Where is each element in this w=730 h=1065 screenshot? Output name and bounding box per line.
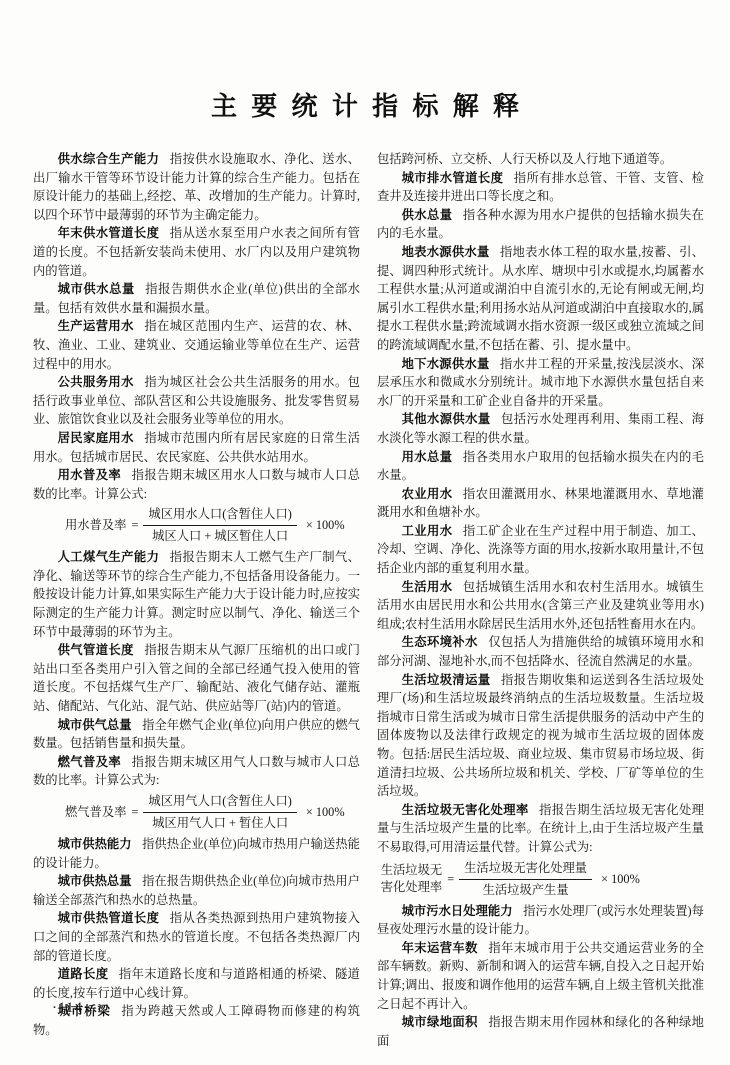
- definition-term: 城市污水日处理能力: [402, 904, 513, 918]
- definition-term: 人工煤气生产能力: [58, 550, 160, 564]
- definition-term: 工业用水: [402, 524, 453, 538]
- page-number: ·114·: [52, 1000, 89, 1017]
- garbage-treatment-formula: 生活垃圾无 害化处理率 = 生活垃圾无害化处理量 生活垃圾产生量 × 100%: [381, 860, 704, 899]
- definition-para: 生活垃圾清运量指报告期收集和运送到各生活垃圾处理厂(场)和生活垃圾最终消纳点的生…: [377, 671, 704, 801]
- definition-term: 城市供热能力: [58, 837, 132, 851]
- definition-para: 地表水源供水量指地表水体工程的取水量,按蓄、引、提、调四种形式统计。从水库、塘坝…: [377, 243, 704, 355]
- definition-text: 指报告期收集和运送到各生活垃圾处理厂(场)和生活垃圾最终消纳点的生活垃圾数量。生…: [377, 673, 704, 799]
- definition-para: 农业用水指农田灌溉用水、林果地灌溉用水、草地灌溉用水和鱼塘补水。: [377, 485, 704, 522]
- definition-term: 城市供热管道长度: [58, 911, 160, 925]
- formula-label-line2: 害化处理率: [381, 879, 443, 896]
- formula-multiplier: × 100%: [306, 517, 345, 534]
- formula-numerator: 生活垃圾无害化处理量: [459, 860, 592, 880]
- definition-para: 年末运营车数指年末城市用于公共交通运营业务的全部车辆数。新购、新制和调入的运营车…: [377, 939, 704, 1013]
- definition-term: 其他水源供水量: [402, 412, 491, 426]
- gas-coverage-formula: 燃气普及率 = 城区用气人口(含暂住人口) 城区用气人口 + 暂住人口 × 10…: [65, 793, 360, 832]
- formula-label-line1: 生活垃圾无: [381, 862, 443, 879]
- definition-para: 其他水源供水量包括污水处理再利用、集雨工程、海水淡化等水源工程的供水量。: [377, 410, 704, 447]
- definition-para: 城市绿地面积指报告期末用作园林和绿化的各种绿地面: [377, 1013, 704, 1050]
- formula-denominator: 城区人口 + 城区暂住人口: [143, 526, 296, 545]
- two-column-text: 供水综合生产能力指按供水设施取水、净化、送水、出厂输水干管等环节设计能力计算的综…: [33, 150, 705, 1050]
- formula-numerator: 城区用水人口(含暂住人口): [143, 506, 296, 526]
- definition-para: 公共服务用水指为城区社会公共生活服务的用水。包括行政事业单位、部队营区和公共设施…: [33, 373, 360, 429]
- fraction: 生活垃圾无害化处理量 生活垃圾产生量: [459, 860, 592, 899]
- definition-para: 城市排水管道长度指所有排水总管、干管、支管、检查井及连接井进出口等长度之和。: [377, 169, 704, 206]
- definition-term: 地表水源供水量: [402, 245, 490, 259]
- right-column: 包括跨河桥、立交桥、人行天桥以及人行地下通道等。 城市排水管道长度指所有排水总管…: [377, 150, 704, 1050]
- definition-term: 供水综合生产能力: [58, 152, 160, 166]
- definition-term: 生产运营用水: [58, 319, 134, 333]
- formula-multiplier: × 100%: [306, 804, 345, 821]
- definition-para: 供气管道长度指报告期末从气源厂压缩机的出口或门站出口至各类用户引入管之间的全部已…: [33, 641, 360, 715]
- definition-para: 城市供水总量指报告期供水企业(单位)供出的全部水量。包括有效供水量和漏损水量。: [33, 280, 360, 317]
- definition-text: 指地表水体工程的取水量,按蓄、引、提、调四种形式统计。从水库、塘坝中引水或提水,…: [377, 245, 704, 352]
- continuation-para: 包括跨河桥、立交桥、人行天桥以及人行地下通道等。: [377, 150, 704, 169]
- fraction: 城区用气人口(含暂住人口) 城区用气人口 + 暂住人口: [143, 793, 296, 832]
- definition-term: 农业用水: [402, 487, 453, 501]
- definition-term: 生活垃圾无害化处理率: [402, 803, 529, 817]
- equals-sign: =: [131, 517, 138, 534]
- definition-para: 用水普及率指报告期末城区用水人口数与城市人口总数的比率。计算公式:: [33, 466, 360, 503]
- left-column: 供水综合生产能力指按供水设施取水、净化、送水、出厂输水干管等环节设计能力计算的综…: [33, 150, 360, 1050]
- definition-para: 城市污水日处理能力指污水处理厂(或污水处理装置)每昼夜处理污水量的设计能力。: [377, 902, 704, 939]
- definition-term: 生态环境补水: [402, 635, 478, 649]
- formula-denominator: 城区用气人口 + 暂住人口: [143, 813, 296, 832]
- definition-term: 城市供水总量: [58, 282, 135, 296]
- definition-term: 供水总量: [402, 208, 453, 222]
- definition-term: 城市绿地面积: [402, 1015, 478, 1029]
- definition-term: 居民家庭用水: [58, 431, 134, 445]
- definition-para: 供水总量指各种水源为用水户提供的包括输水损失在内的毛水量。: [377, 206, 704, 243]
- definition-para: 道路长度指年末道路长度和与道路相通的桥梁、隧道的长度,按车行道中心线计算。: [33, 965, 360, 1002]
- formula-label: 生活垃圾无 害化处理率: [381, 862, 443, 896]
- definition-para: 地下水源供水量指水井工程的开采量,按浅层淡水、深层承压水和微咸水分别统计。城市地…: [377, 355, 704, 411]
- formula-denominator: 生活垃圾产生量: [459, 880, 592, 899]
- definition-para: 生活用水包括城镇生活用水和农村生活用水。城镇生活用水由居民用水和公共用水(含第三…: [377, 578, 704, 634]
- definition-term: 城市排水管道长度: [402, 171, 504, 185]
- fraction: 城区用水人口(含暂住人口) 城区人口 + 城区暂住人口: [143, 506, 296, 545]
- definition-para: 生活垃圾无害化处理率指报告期生活垃圾无害化处理量与生活垃圾产生量的比率。在统计上…: [377, 801, 704, 857]
- definition-term: 生活用水: [402, 580, 453, 594]
- definition-term: 供气管道长度: [58, 643, 134, 657]
- definition-term: 燃气普及率: [58, 755, 122, 769]
- definition-term: 年末供水管道长度: [58, 226, 160, 240]
- formula-multiplier: × 100%: [601, 871, 640, 888]
- definition-para: 供水综合生产能力指按供水设施取水、净化、送水、出厂输水干管等环节设计能力计算的综…: [33, 150, 360, 224]
- definition-term: 生活垃圾清运量: [402, 673, 491, 687]
- equals-sign: =: [447, 871, 454, 888]
- definition-para: 城市供热总量指在报告期供热企业(单位)向城市热用户输送全部蒸汽和热水的总热量。: [33, 872, 360, 909]
- definition-text: 包括跨河桥、立交桥、人行天桥以及人行地下通道等。: [377, 152, 672, 166]
- definition-term: 地下水源供水量: [402, 357, 490, 371]
- formula-numerator: 城区用气人口(含暂住人口): [143, 793, 296, 813]
- formula-label: 用水普及率: [65, 517, 127, 534]
- definition-para: 城市供气总量指全年燃气企业(单位)向用户供应的燃气数量。包括销售量和损失量。: [33, 716, 360, 753]
- definition-term: 城市供热总量: [58, 874, 132, 888]
- water-coverage-formula: 用水普及率 = 城区用水人口(含暂住人口) 城区人口 + 城区暂住人口 × 10…: [65, 506, 360, 545]
- equals-sign: =: [131, 804, 138, 821]
- definition-term: 道路长度: [58, 967, 109, 981]
- document-page: 主要统计指标解释 供水综合生产能力指按供水设施取水、净化、送水、出厂输水干管等环…: [0, 0, 730, 1065]
- definition-para: 年末供水管道长度指从送水泵至用户水表之间所有管道的长度。不包括新安装尚未使用、水…: [33, 224, 360, 280]
- definition-term: 公共服务用水: [58, 375, 134, 389]
- page-title: 主要统计指标解释: [0, 86, 730, 123]
- definition-para: 城市供热管道长度指从各类热源到热用户建筑物接入口之间的全部蒸汽和热水的管道长度。…: [33, 909, 360, 965]
- definition-para: 用水总量指各类用水户取用的包括输水损失在内的毛水量。: [377, 448, 704, 485]
- definition-term: 用水总量: [402, 450, 453, 464]
- definition-term: 用水普及率: [58, 468, 122, 482]
- definition-term: 年末运营车数: [402, 941, 478, 955]
- definition-para: 城市供热能力指供热企业(单位)向城市热用户输送热能的设计能力。: [33, 835, 360, 872]
- definition-para: 生态环境补水仅包括人为措施供给的城镇环境用水和部分河湖、湿地补水,而不包括降水、…: [377, 633, 704, 670]
- definition-para: 人工煤气生产能力指报告期末人工燃气生产厂制气、净化、输送等环节的综合生产能力,不…: [33, 548, 360, 641]
- definition-para: 燃气普及率指报告期末城区用气人口数与城市人口总数的比率。计算公式为:: [33, 753, 360, 790]
- definition-para: 居民家庭用水指城市范围内所有居民家庭的日常生活用水。包括城市居民、农民家庭、公共…: [33, 429, 360, 466]
- definition-term: 城市供气总量: [58, 718, 132, 732]
- definition-para: 工业用水指工矿企业在生产过程中用于制造、加工、冷却、空调、净化、洗涤等方面的用水…: [377, 522, 704, 578]
- definition-para: 生产运营用水指在城区范围内生产、运营的农、林、牧、渔业、工业、建筑业、交通运输业…: [33, 317, 360, 373]
- formula-label: 燃气普及率: [65, 804, 127, 821]
